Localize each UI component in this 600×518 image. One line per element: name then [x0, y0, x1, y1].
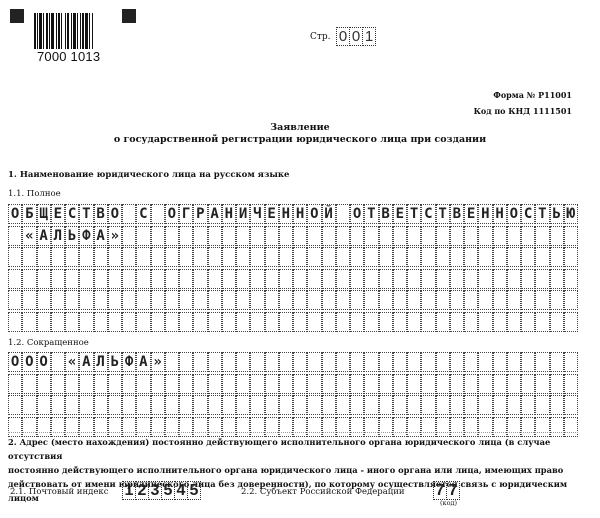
letter-cell[interactable] [464, 312, 478, 332]
letter-cell[interactable] [22, 395, 36, 415]
full-name-grid[interactable]: ОБЩЕСТВОСОГРАНИЧЕННОЙОТВЕТСТВЕННОСТЬЮ«АЛ… [8, 204, 578, 333]
letter-cell[interactable] [279, 247, 293, 267]
letter-cell[interactable]: В [379, 204, 393, 224]
letter-cell[interactable] [322, 247, 336, 267]
letter-cell[interactable] [208, 247, 222, 267]
letter-cell[interactable] [564, 269, 578, 289]
letter-cell[interactable] [407, 247, 421, 267]
letter-cell[interactable] [350, 374, 364, 394]
letter-cell[interactable] [293, 395, 307, 415]
letter-cell[interactable] [350, 417, 364, 437]
letter-cell[interactable] [564, 247, 578, 267]
letter-cell[interactable] [478, 226, 492, 246]
letter-cell[interactable] [279, 312, 293, 332]
letter-cell[interactable] [364, 226, 378, 246]
letter-cell[interactable] [450, 374, 464, 394]
letter-cell[interactable] [208, 269, 222, 289]
letter-cell[interactable] [79, 247, 93, 267]
letter-cell[interactable] [407, 312, 421, 332]
letter-cell[interactable]: Н [279, 204, 293, 224]
letter-cell[interactable] [236, 247, 250, 267]
letter-cell[interactable]: » [151, 352, 165, 372]
letter-cell[interactable] [322, 417, 336, 437]
letter-cell[interactable] [436, 395, 450, 415]
letter-cell[interactable] [379, 269, 393, 289]
letter-cell[interactable] [8, 290, 22, 310]
letter-cell[interactable] [108, 417, 122, 437]
letter-cell[interactable] [279, 226, 293, 246]
letter-cell[interactable] [250, 226, 264, 246]
letter-cell[interactable] [193, 374, 207, 394]
letter-cell[interactable] [550, 417, 564, 437]
letter-cell[interactable] [179, 247, 193, 267]
letter-cell[interactable]: Т [407, 204, 421, 224]
letter-cell[interactable] [364, 312, 378, 332]
letter-cell[interactable] [51, 417, 65, 437]
letter-cell[interactable] [393, 226, 407, 246]
letter-cell[interactable]: О [8, 352, 22, 372]
letter-cell[interactable]: Г [179, 204, 193, 224]
letter-cell[interactable] [37, 374, 51, 394]
letter-cell[interactable]: А [208, 204, 222, 224]
letter-cell[interactable] [322, 352, 336, 372]
letter-cell[interactable] [236, 374, 250, 394]
letter-cell[interactable] [564, 226, 578, 246]
letter-cell[interactable] [393, 374, 407, 394]
page-number-field[interactable]: 001 [336, 27, 375, 46]
letter-cell[interactable]: Ь [65, 226, 79, 246]
letter-cell[interactable] [364, 352, 378, 372]
letter-cell[interactable]: Ф [79, 226, 93, 246]
letter-cell[interactable] [65, 290, 79, 310]
letter-cell[interactable] [436, 312, 450, 332]
letter-cell[interactable] [535, 417, 549, 437]
letter-cell[interactable] [464, 417, 478, 437]
letter-cell[interactable] [550, 352, 564, 372]
letter-cell[interactable] [436, 247, 450, 267]
letter-cell[interactable] [379, 395, 393, 415]
letter-cell[interactable] [493, 247, 507, 267]
letter-cell[interactable] [79, 312, 93, 332]
letter-cell[interactable] [307, 312, 321, 332]
letter-cell[interactable]: Ф [122, 352, 136, 372]
letter-cell[interactable] [322, 269, 336, 289]
letter-cell[interactable] [550, 374, 564, 394]
letter-cell[interactable] [421, 374, 435, 394]
letter-cell[interactable] [236, 352, 250, 372]
letter-cell[interactable]: Н [478, 204, 492, 224]
letter-cell[interactable] [37, 247, 51, 267]
letter-cell[interactable] [521, 247, 535, 267]
letter-cell[interactable] [265, 290, 279, 310]
letter-cell[interactable] [151, 226, 165, 246]
letter-cell[interactable] [393, 312, 407, 332]
letter-cell[interactable] [307, 226, 321, 246]
letter-cell[interactable] [108, 395, 122, 415]
letter-cell[interactable] [393, 290, 407, 310]
letter-cell[interactable] [122, 247, 136, 267]
letter-cell[interactable] [521, 226, 535, 246]
letter-cell[interactable] [507, 374, 521, 394]
letter-cell[interactable] [222, 395, 236, 415]
letter-cell[interactable]: О [507, 204, 521, 224]
letter-cell[interactable]: Е [265, 204, 279, 224]
letter-cell[interactable]: О [108, 204, 122, 224]
letter-cell[interactable] [493, 269, 507, 289]
letter-cell[interactable] [450, 226, 464, 246]
letter-cell[interactable] [51, 269, 65, 289]
letter-cell[interactable] [421, 226, 435, 246]
letter-cell[interactable] [250, 290, 264, 310]
letter-cell[interactable] [250, 395, 264, 415]
letter-cell[interactable] [379, 247, 393, 267]
letter-cell[interactable] [293, 290, 307, 310]
letter-cell[interactable] [535, 226, 549, 246]
letter-cell[interactable] [193, 269, 207, 289]
letter-cell[interactable] [193, 290, 207, 310]
letter-cell[interactable] [350, 247, 364, 267]
letter-cell[interactable] [265, 226, 279, 246]
letter-cell[interactable] [478, 269, 492, 289]
letter-cell[interactable] [22, 417, 36, 437]
letter-cell[interactable] [22, 290, 36, 310]
letter-cell[interactable] [464, 352, 478, 372]
letter-cell[interactable] [336, 352, 350, 372]
letter-cell[interactable] [250, 247, 264, 267]
letter-cell[interactable] [507, 312, 521, 332]
letter-cell[interactable]: Т [535, 204, 549, 224]
letter-cell[interactable] [179, 269, 193, 289]
letter-cell[interactable] [336, 395, 350, 415]
letter-cell[interactable] [450, 417, 464, 437]
letter-cell[interactable] [165, 247, 179, 267]
letter-cell[interactable]: « [65, 352, 79, 372]
letter-cell[interactable] [136, 290, 150, 310]
postal-code-cell[interactable]: 2 [135, 481, 149, 500]
letter-cell[interactable] [478, 395, 492, 415]
letter-cell[interactable] [350, 352, 364, 372]
postal-code-cell[interactable]: 1 [122, 481, 136, 500]
page-number-cell[interactable]: 1 [362, 27, 376, 46]
letter-cell[interactable] [493, 395, 507, 415]
letter-cell[interactable]: » [108, 226, 122, 246]
letter-cell[interactable] [108, 290, 122, 310]
letter-cell[interactable] [478, 247, 492, 267]
letter-cell[interactable]: А [79, 352, 93, 372]
letter-cell[interactable] [364, 290, 378, 310]
letter-cell[interactable] [94, 374, 108, 394]
letter-cell[interactable] [37, 312, 51, 332]
letter-cell[interactable]: О [350, 204, 364, 224]
letter-cell[interactable] [421, 312, 435, 332]
letter-cell[interactable] [8, 417, 22, 437]
letter-cell[interactable] [222, 269, 236, 289]
letter-cell[interactable] [265, 374, 279, 394]
letter-cell[interactable] [450, 269, 464, 289]
letter-cell[interactable]: В [450, 204, 464, 224]
letter-cell[interactable] [322, 374, 336, 394]
letter-cell[interactable] [421, 247, 435, 267]
postal-code-field[interactable]: 123545 [122, 481, 200, 500]
letter-cell[interactable] [151, 269, 165, 289]
letter-cell[interactable] [265, 269, 279, 289]
letter-cell[interactable] [421, 269, 435, 289]
letter-cell[interactable] [179, 312, 193, 332]
letter-cell[interactable] [265, 352, 279, 372]
letter-cell[interactable] [8, 395, 22, 415]
letter-cell[interactable] [464, 269, 478, 289]
letter-cell[interactable] [379, 312, 393, 332]
letter-cell[interactable] [322, 312, 336, 332]
letter-cell[interactable] [464, 374, 478, 394]
letter-cell[interactable] [8, 269, 22, 289]
letter-cell[interactable] [307, 352, 321, 372]
letter-cell[interactable] [393, 352, 407, 372]
letter-cell[interactable] [222, 374, 236, 394]
postal-code-cell[interactable]: 4 [174, 481, 188, 500]
letter-cell[interactable] [250, 374, 264, 394]
letter-cell[interactable] [165, 226, 179, 246]
letter-cell[interactable] [222, 290, 236, 310]
letter-cell[interactable] [550, 269, 564, 289]
letter-cell[interactable] [250, 312, 264, 332]
postal-code-cell[interactable]: 5 [161, 481, 175, 500]
letter-cell[interactable] [165, 374, 179, 394]
letter-cell[interactable] [521, 417, 535, 437]
letter-cell[interactable] [493, 417, 507, 437]
letter-cell[interactable] [564, 312, 578, 332]
letter-cell[interactable] [51, 395, 65, 415]
letter-cell[interactable] [564, 417, 578, 437]
letter-cell[interactable] [336, 312, 350, 332]
letter-cell[interactable] [507, 290, 521, 310]
letter-cell[interactable] [165, 269, 179, 289]
letter-cell[interactable] [122, 374, 136, 394]
letter-cell[interactable] [550, 312, 564, 332]
page-number-cell[interactable]: 0 [349, 27, 363, 46]
letter-cell[interactable] [236, 290, 250, 310]
letter-cell[interactable] [564, 352, 578, 372]
letter-cell[interactable] [507, 269, 521, 289]
letter-cell[interactable] [8, 226, 22, 246]
letter-cell[interactable]: А [94, 226, 108, 246]
letter-cell[interactable] [94, 395, 108, 415]
letter-cell[interactable] [336, 374, 350, 394]
region-code-cell[interactable]: 7 [433, 481, 447, 500]
letter-cell[interactable] [535, 374, 549, 394]
letter-cell[interactable] [507, 226, 521, 246]
letter-cell[interactable] [364, 374, 378, 394]
letter-cell[interactable] [436, 374, 450, 394]
letter-cell[interactable] [65, 247, 79, 267]
letter-cell[interactable] [521, 269, 535, 289]
letter-cell[interactable] [322, 395, 336, 415]
letter-cell[interactable] [179, 374, 193, 394]
letter-cell[interactable]: С [521, 204, 535, 224]
letter-cell[interactable] [236, 312, 250, 332]
letter-cell[interactable] [222, 247, 236, 267]
letter-cell[interactable] [65, 417, 79, 437]
letter-cell[interactable] [94, 312, 108, 332]
letter-cell[interactable] [336, 226, 350, 246]
letter-cell[interactable] [493, 352, 507, 372]
letter-cell[interactable] [8, 247, 22, 267]
letter-cell[interactable]: С [136, 204, 150, 224]
letter-cell[interactable] [236, 269, 250, 289]
letter-cell[interactable] [407, 395, 421, 415]
letter-cell[interactable]: « [22, 226, 36, 246]
letter-cell[interactable] [51, 247, 65, 267]
letter-cell[interactable] [550, 226, 564, 246]
letter-cell[interactable] [208, 395, 222, 415]
letter-cell[interactable] [8, 312, 22, 332]
letter-cell[interactable]: И [236, 204, 250, 224]
letter-cell[interactable] [94, 247, 108, 267]
letter-cell[interactable] [151, 290, 165, 310]
letter-cell[interactable] [208, 352, 222, 372]
letter-cell[interactable] [364, 269, 378, 289]
letter-cell[interactable] [364, 395, 378, 415]
letter-cell[interactable] [108, 269, 122, 289]
letter-cell[interactable] [193, 395, 207, 415]
letter-cell[interactable] [37, 290, 51, 310]
letter-cell[interactable] [521, 290, 535, 310]
letter-cell[interactable]: Е [393, 204, 407, 224]
letter-cell[interactable]: Е [51, 204, 65, 224]
postal-code-cell[interactable]: 5 [187, 481, 201, 500]
letter-cell[interactable] [165, 290, 179, 310]
letter-cell[interactable] [37, 395, 51, 415]
letter-cell[interactable] [279, 417, 293, 437]
letter-cell[interactable] [464, 290, 478, 310]
letter-cell[interactable] [51, 352, 65, 372]
letter-cell[interactable] [22, 374, 36, 394]
letter-cell[interactable] [293, 312, 307, 332]
letter-cell[interactable] [535, 269, 549, 289]
letter-cell[interactable] [307, 417, 321, 437]
letter-cell[interactable] [564, 395, 578, 415]
letter-cell[interactable]: А [136, 352, 150, 372]
letter-cell[interactable] [307, 395, 321, 415]
letter-cell[interactable] [136, 395, 150, 415]
letter-cell[interactable]: С [65, 204, 79, 224]
letter-cell[interactable] [151, 312, 165, 332]
letter-cell[interactable] [79, 417, 93, 437]
letter-cell[interactable] [307, 269, 321, 289]
letter-cell[interactable] [136, 269, 150, 289]
letter-cell[interactable] [535, 312, 549, 332]
letter-cell[interactable] [222, 226, 236, 246]
letter-cell[interactable] [279, 352, 293, 372]
letter-cell[interactable] [208, 312, 222, 332]
letter-cell[interactable] [122, 395, 136, 415]
letter-cell[interactable] [51, 290, 65, 310]
letter-cell[interactable] [179, 290, 193, 310]
letter-cell[interactable] [193, 417, 207, 437]
letter-cell[interactable] [222, 417, 236, 437]
letter-cell[interactable] [151, 247, 165, 267]
letter-cell[interactable] [265, 417, 279, 437]
letter-cell[interactable]: О [22, 352, 36, 372]
letter-cell[interactable]: Л [51, 226, 65, 246]
letter-cell[interactable] [94, 417, 108, 437]
letter-cell[interactable] [179, 226, 193, 246]
letter-cell[interactable] [507, 417, 521, 437]
letter-cell[interactable] [350, 312, 364, 332]
letter-cell[interactable] [436, 269, 450, 289]
letter-cell[interactable] [165, 312, 179, 332]
letter-cell[interactable] [450, 395, 464, 415]
letter-cell[interactable] [293, 247, 307, 267]
letter-cell[interactable] [507, 352, 521, 372]
letter-cell[interactable] [336, 269, 350, 289]
letter-cell[interactable] [379, 374, 393, 394]
letter-cell[interactable] [108, 247, 122, 267]
letter-cell[interactable] [151, 204, 165, 224]
letter-cell[interactable] [151, 374, 165, 394]
letter-cell[interactable] [179, 395, 193, 415]
letter-cell[interactable] [421, 395, 435, 415]
letter-cell[interactable] [521, 374, 535, 394]
letter-cell[interactable] [293, 374, 307, 394]
letter-cell[interactable] [179, 417, 193, 437]
letter-cell[interactable] [108, 374, 122, 394]
letter-cell[interactable] [350, 226, 364, 246]
letter-cell[interactable] [421, 290, 435, 310]
letter-cell[interactable] [464, 395, 478, 415]
letter-cell[interactable]: Б [22, 204, 36, 224]
letter-cell[interactable] [436, 226, 450, 246]
letter-cell[interactable] [136, 247, 150, 267]
letter-cell[interactable] [193, 226, 207, 246]
letter-cell[interactable] [65, 269, 79, 289]
letter-cell[interactable]: О [8, 204, 22, 224]
letter-cell[interactable] [564, 374, 578, 394]
region-code-cell[interactable]: 7 [446, 481, 460, 500]
letter-cell[interactable] [122, 290, 136, 310]
letter-cell[interactable] [136, 374, 150, 394]
letter-cell[interactable] [165, 352, 179, 372]
letter-cell[interactable]: Ь [108, 352, 122, 372]
letter-cell[interactable]: Н [493, 204, 507, 224]
letter-cell[interactable] [421, 352, 435, 372]
letter-cell[interactable]: Ч [250, 204, 264, 224]
letter-cell[interactable]: Т [364, 204, 378, 224]
letter-cell[interactable] [94, 290, 108, 310]
letter-cell[interactable] [450, 247, 464, 267]
letter-cell[interactable] [535, 290, 549, 310]
letter-cell[interactable] [535, 352, 549, 372]
letter-cell[interactable] [151, 395, 165, 415]
letter-cell[interactable] [507, 395, 521, 415]
letter-cell[interactable] [236, 417, 250, 437]
letter-cell[interactable] [379, 352, 393, 372]
letter-cell[interactable] [79, 269, 93, 289]
letter-cell[interactable] [407, 352, 421, 372]
letter-cell[interactable] [421, 417, 435, 437]
letter-cell[interactable] [165, 395, 179, 415]
letter-cell[interactable] [407, 269, 421, 289]
letter-cell[interactable]: Н [222, 204, 236, 224]
letter-cell[interactable] [51, 374, 65, 394]
letter-cell[interactable] [350, 269, 364, 289]
letter-cell[interactable] [379, 417, 393, 437]
letter-cell[interactable] [521, 352, 535, 372]
letter-cell[interactable] [279, 395, 293, 415]
letter-cell[interactable] [379, 226, 393, 246]
letter-cell[interactable] [193, 352, 207, 372]
letter-cell[interactable] [436, 417, 450, 437]
